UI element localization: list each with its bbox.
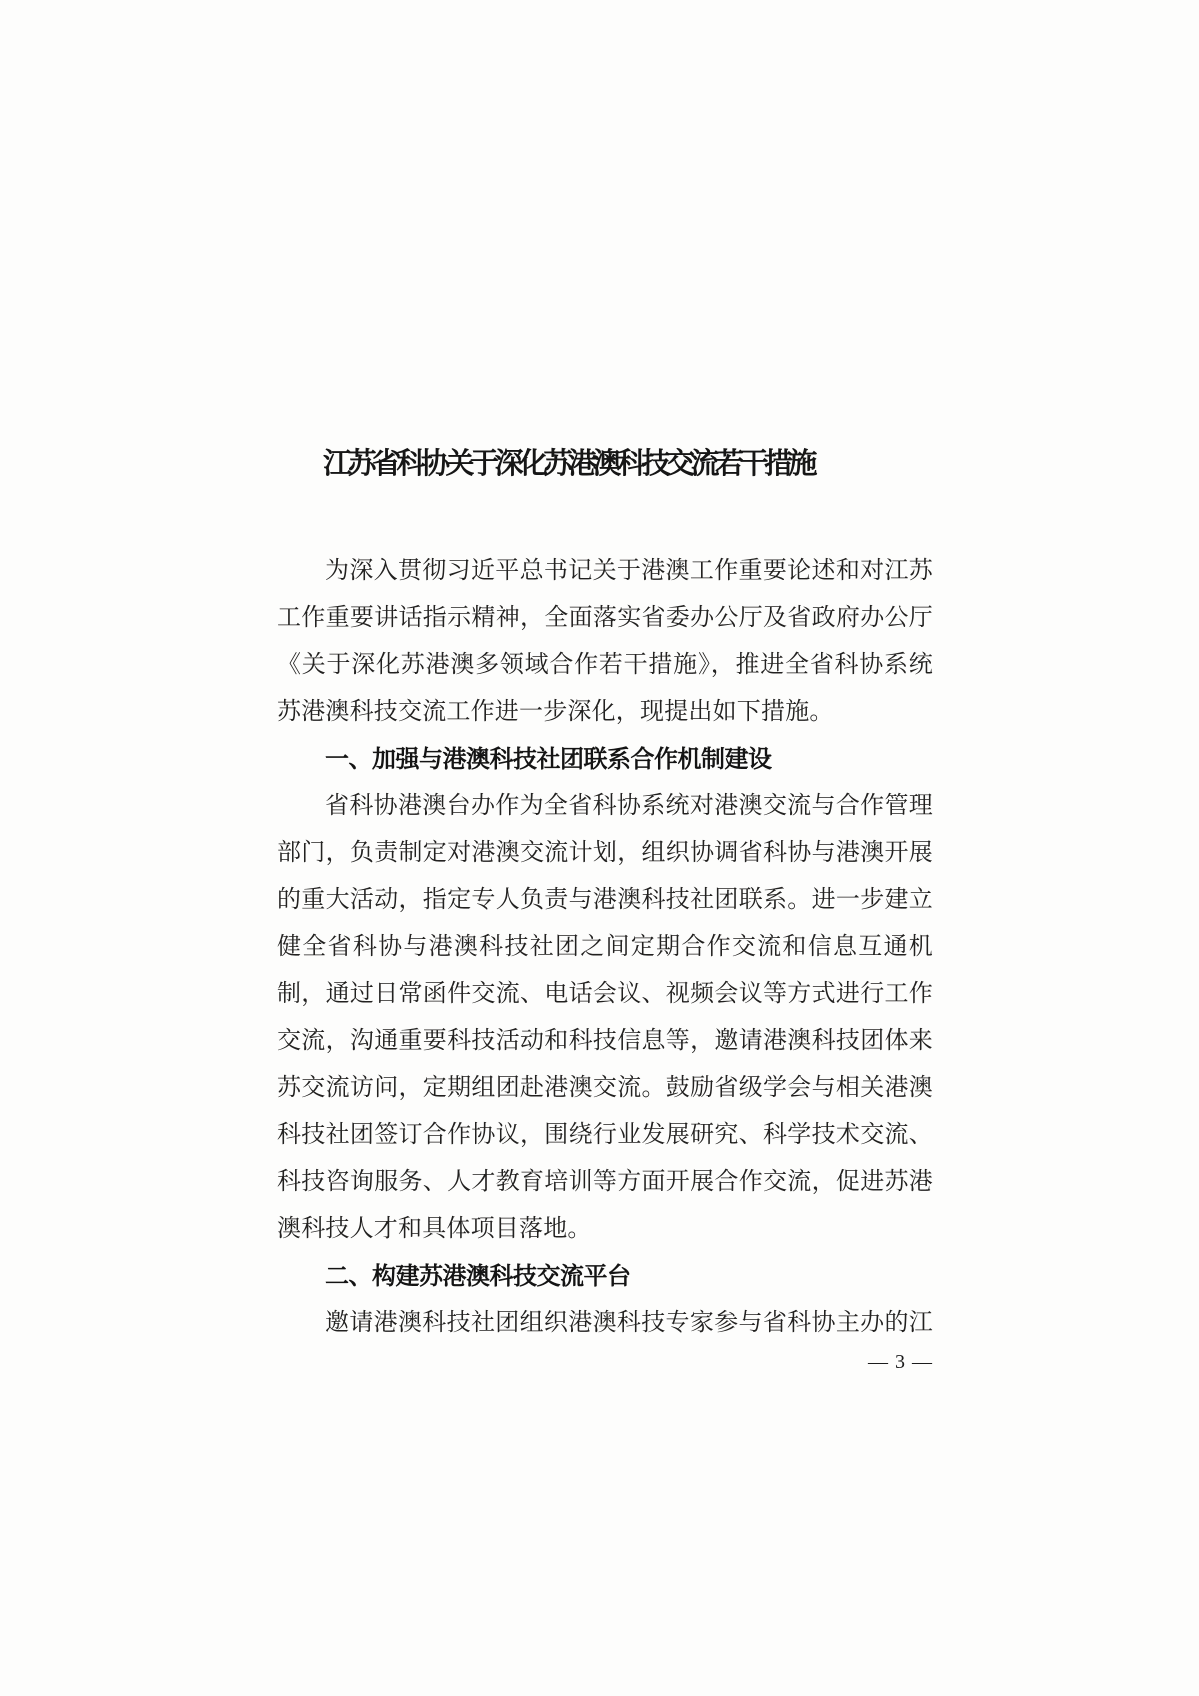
document-body: 为深入贯彻习近平总书记关于港澳工作重要论述和对江苏 工作重要讲话指示精神，全面落… — [277, 548, 933, 1347]
paragraph-2-line-7: 苏交流访问，定期组团赴港澳交流。鼓励省级学会与相关港澳 — [277, 1065, 933, 1112]
paragraph-2-line-1: 省科协港澳台办作为全省科协系统对港澳交流与合作管理 — [277, 783, 933, 830]
paragraph-2-line-3: 的重大活动，指定专人负责与港澳科技社团联系。进一步建立 — [277, 877, 933, 924]
paragraph-2-line-8: 科技社团签订合作协议，围绕行业发展研究、科学技术交流、 — [277, 1112, 933, 1159]
paragraph-2-line-6: 交流，沟通重要科技活动和科技信息等，邀请港澳科技团体来 — [277, 1018, 933, 1065]
paragraph-1-line-2: 工作重要讲话指示精神，全面落实省委办公厅及省政府办公厅 — [277, 595, 933, 642]
document-title: 江苏省科协关于深化苏港澳科技交流若干措施 — [323, 444, 813, 484]
paragraph-1-line-1: 为深入贯彻习近平总书记关于港澳工作重要论述和对江苏 — [277, 548, 933, 595]
paragraph-2-line-9: 科技咨询服务、人才教育培训等方面开展合作交流，促进苏港 — [277, 1159, 933, 1206]
document-page: 江苏省科协关于深化苏港澳科技交流若干措施 为深入贯彻习近平总书记关于港澳工作重要… — [0, 0, 1199, 1696]
page-number: — 3 — — [868, 1350, 933, 1374]
paragraph-2-line-2: 部门，负责制定对港澳交流计划，组织协调省科协与港澳开展 — [277, 830, 933, 877]
section-heading-1: 一、加强与港澳科技社团联系合作机制建设 — [277, 736, 933, 783]
paragraph-2-line-5: 制，通过日常函件交流、电话会议、视频会议等方式进行工作 — [277, 971, 933, 1018]
paragraph-2-line-4: 健全省科协与港澳科技社团之间定期合作交流和信息互通机 — [277, 924, 933, 971]
paragraph-1-line-3: 《关于深化苏港澳多领域合作若干措施》，推进全省科协系统 — [277, 642, 933, 689]
section-heading-2: 二、构建苏港澳科技交流平台 — [277, 1253, 933, 1300]
paragraph-1-line-4: 苏港澳科技交流工作进一步深化，现提出如下措施。 — [277, 689, 933, 736]
paragraph-3-line-1: 邀请港澳科技社团组织港澳科技专家参与省科协主办的江 — [277, 1300, 933, 1347]
paragraph-2-line-10: 澳科技人才和具体项目落地。 — [277, 1206, 933, 1253]
